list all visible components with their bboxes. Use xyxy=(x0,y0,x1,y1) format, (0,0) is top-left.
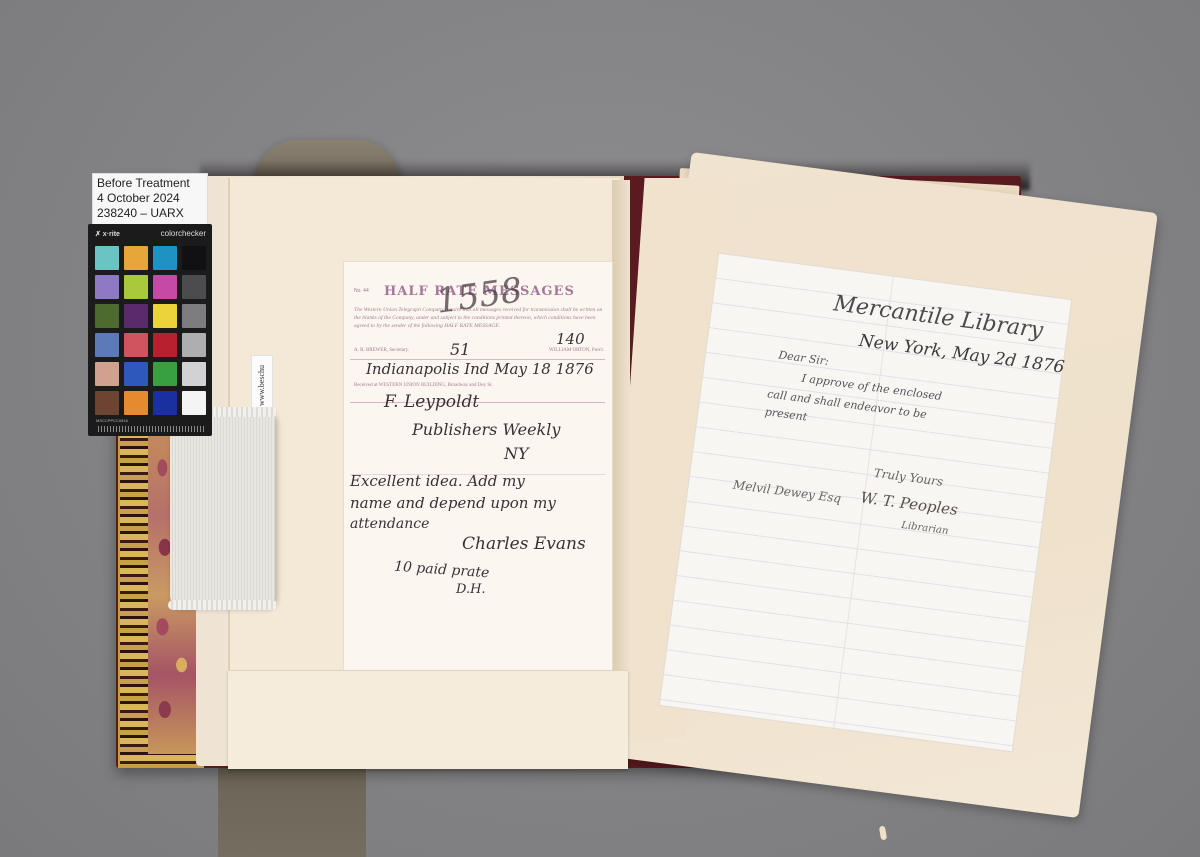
book-gutter xyxy=(612,180,630,746)
message-line: Excellent idea. Add my xyxy=(350,472,525,490)
closing: Truly Yours xyxy=(873,466,944,489)
color-swatch xyxy=(124,391,148,415)
label-id: 238240 – UARX xyxy=(97,206,203,221)
signatory-title: Librarian xyxy=(901,520,949,537)
telegram-note: D.H. xyxy=(456,582,486,597)
mercantile-library-letter: Mercantile Library New York, May 2d 1876… xyxy=(660,254,1071,751)
telegram-president: WILLIAM ORTON, Pres't. xyxy=(549,348,604,353)
knitted-desiccant-pouch xyxy=(170,410,275,606)
pouch-edge xyxy=(168,600,277,610)
pouch-label-text: www.beschu xyxy=(257,365,266,406)
color-swatch xyxy=(95,304,119,328)
color-swatch xyxy=(153,275,177,299)
telegram-number: No. 44 xyxy=(354,288,369,294)
color-swatch xyxy=(153,362,177,386)
telegram-dateline: Indianapolis Ind May 18 1876 xyxy=(366,360,594,378)
label-date: 4 October 2024 xyxy=(97,191,203,206)
pouch-label-tag: www.beschu xyxy=(251,355,273,413)
color-swatch xyxy=(124,246,148,270)
color-swatch xyxy=(95,246,119,270)
color-swatch xyxy=(95,275,119,299)
treatment-label-card: Before Treatment 4 October 2024 238240 –… xyxy=(92,173,208,225)
color-swatch xyxy=(182,362,206,386)
color-swatch xyxy=(124,304,148,328)
page-fold-band xyxy=(228,670,628,769)
telegram-recipient: F. Leypoldt xyxy=(384,392,479,412)
color-swatch xyxy=(95,333,119,357)
message-line: name and depend upon my xyxy=(350,494,556,512)
color-swatch xyxy=(182,333,206,357)
addressee-line: Publishers Weekly xyxy=(412,420,560,439)
color-swatch xyxy=(124,333,148,357)
telegram-note: 10 paid prate xyxy=(394,559,490,582)
color-checker-card: ✗ x·rite colorchecker MSCCPPCC0816 xyxy=(88,224,212,436)
telegram-signature: Charles Evans xyxy=(462,534,586,554)
charge: 140 xyxy=(556,330,585,348)
word-count: 51 xyxy=(450,340,470,359)
message-line: attendance xyxy=(350,516,429,532)
color-swatch xyxy=(153,391,177,415)
letter-signature: W. T. Peoples xyxy=(859,488,958,519)
color-swatch xyxy=(182,304,206,328)
color-swatch xyxy=(153,333,177,357)
telegram-officers: A. R. BREWER, Secretary. WILLIAM ORTON, … xyxy=(354,348,604,353)
checker-serial: MSCCPPCC0816 xyxy=(96,418,128,423)
letter-recipient: Melvil Dewey Esq xyxy=(732,478,842,506)
xrite-logo: ✗ x·rite xyxy=(95,230,120,238)
checker-ruler xyxy=(98,426,204,432)
color-swatch xyxy=(124,275,148,299)
color-swatch xyxy=(95,362,119,386)
color-swatch xyxy=(153,246,177,270)
color-swatch-grid xyxy=(95,246,207,415)
paper-fragment xyxy=(879,826,887,841)
color-swatch xyxy=(182,391,206,415)
telegram-document: No. 44 HALF RATE MESSAGES The Western Un… xyxy=(344,262,612,672)
telegram-secretary: A. R. BREWER, Secretary. xyxy=(354,348,409,353)
label-status: Before Treatment xyxy=(97,176,203,191)
addressee-line: NY xyxy=(504,444,529,463)
book-support-wedge-bottom xyxy=(218,765,366,857)
color-swatch xyxy=(95,391,119,415)
color-swatch xyxy=(153,304,177,328)
telegram-office-line: Received at WESTERN UNION BUILDING, Broa… xyxy=(354,382,604,390)
letter-body-line: present xyxy=(764,405,808,423)
color-swatch xyxy=(182,275,206,299)
color-swatch xyxy=(124,362,148,386)
color-swatch xyxy=(182,246,206,270)
colorchecker-brand: colorchecker xyxy=(161,229,206,238)
salutation: Dear Sir: xyxy=(778,348,830,368)
